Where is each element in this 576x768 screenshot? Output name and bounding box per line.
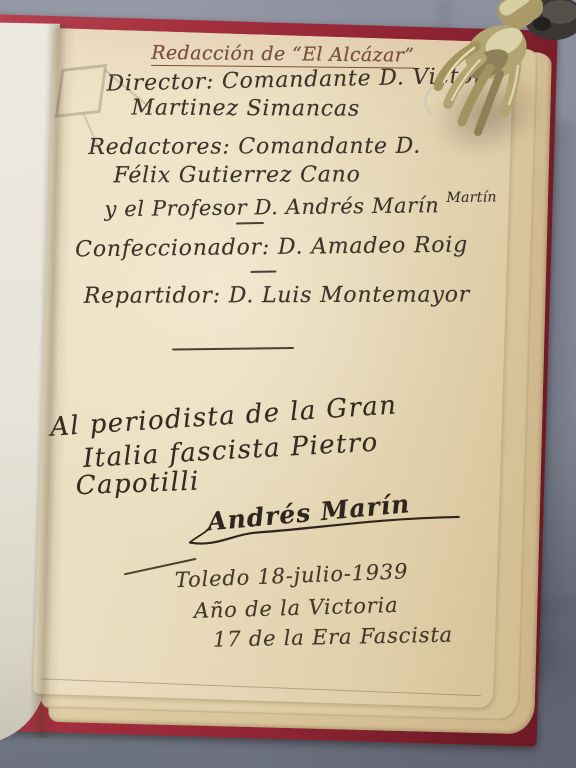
line-redactores-3-text: y el Profesor D. Andrés Marín — [104, 193, 439, 221]
photo-of-manuscript-book: Redacción de “El Alcázar” Director: Coma… — [0, 0, 576, 768]
date-place-line: Toledo 18-julio-1939 — [175, 559, 409, 592]
page-title-redaccion: Redacción de “El Alcázar” — [151, 42, 414, 69]
page-crease-line — [42, 678, 482, 696]
line-redactores-2: Félix Gutierrez Cano — [113, 162, 360, 188]
signature-flourish — [186, 502, 467, 557]
separator-dash — [236, 222, 264, 225]
line-redactores-1: Redactores: Comandante D. — [88, 134, 421, 160]
date-era-line: 17 de la Era Fascista — [213, 623, 453, 652]
date-year-line: Año de la Victoria — [194, 593, 399, 623]
line-redactores-3-sup: Martín — [446, 189, 496, 206]
line-redactores-3: y el Profesor D. Andrés Marín Martín — [104, 189, 497, 221]
line-director-2: Martinez Simancas — [132, 95, 361, 121]
separator-line — [172, 347, 294, 350]
brass-hand-page-holder-icon — [414, 0, 576, 190]
line-confeccionador: Confeccionador: D. Amadeo Roig — [75, 233, 468, 263]
line-repartidor: Repartidor: D. Luis Montemayor — [84, 282, 470, 308]
separator-dash — [250, 270, 276, 273]
dedication-line-3: Capotilli — [75, 466, 200, 501]
